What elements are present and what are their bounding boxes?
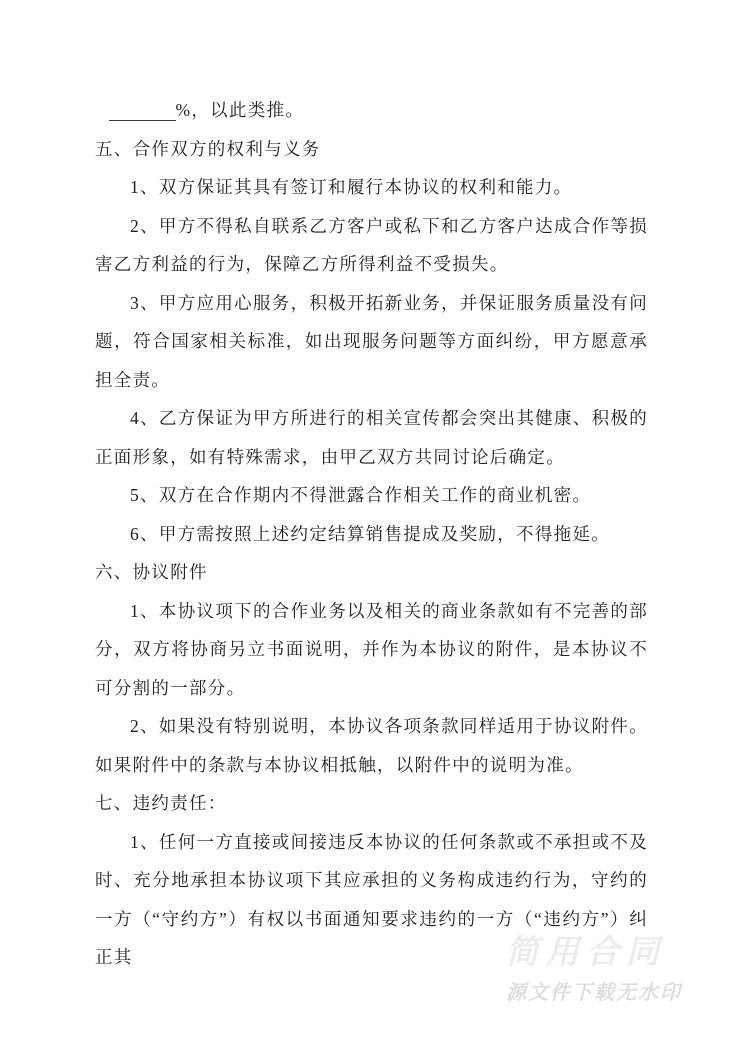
fill-in-blank: ______ (109, 102, 176, 121)
clause: 1、本协议项下的合作业务以及相关的商业条款如有不完善的部分，双方将协商另立书面说… (95, 592, 648, 708)
clause: 5、双方在合作期内不得泄露合作相关工作的商业机密。 (95, 476, 648, 515)
document-content: ______%，以此类推。 五、合作双方的权利与义务 1、双方保证其具有签订和履… (95, 91, 648, 977)
clause: 6、甲方需按照上述约定结算销售提成及奖励，不得拖延。 (95, 515, 648, 554)
intro-line: ______%，以此类推。 (95, 91, 648, 130)
clause: 3、甲方应用心服务，积极开拓新业务，并保证服务质量没有问题，符合国家相关标准，如… (95, 284, 648, 400)
clause: 1、双方保证其具有签订和履行本协议的权利和能力。 (95, 168, 648, 207)
intro-text: %，以此类推。 (176, 100, 305, 120)
section-heading-7: 七、违约责任： (95, 784, 648, 823)
clause: 1、任何一方直接或间接违反本协议的任何条款或不承担或不及时、充分地承担本协议项下… (95, 823, 648, 977)
section-heading-5: 五、合作双方的权利与义务 (95, 130, 648, 169)
document-page: 简用合同 源文件下载无水印 ______%，以此类推。 五、合作双方的权利与义务… (0, 0, 742, 1050)
clause: 2、如果没有特别说明，本协议各项条款同样适用于协议附件。如果附件中的条款与本协议… (95, 707, 648, 784)
clause: 4、乙方保证为甲方所进行的相关宣传都会突出其健康、积极的正面形象，如有特殊需求，… (95, 399, 648, 476)
clause: 2、甲方不得私自联系乙方客户或私下和乙方客户达成合作等损害乙方利益的行为，保障乙… (95, 207, 648, 284)
section-heading-6: 六、协议附件 (95, 553, 648, 592)
watermark-tagline-text: 源文件下载无水印 (506, 976, 682, 1005)
